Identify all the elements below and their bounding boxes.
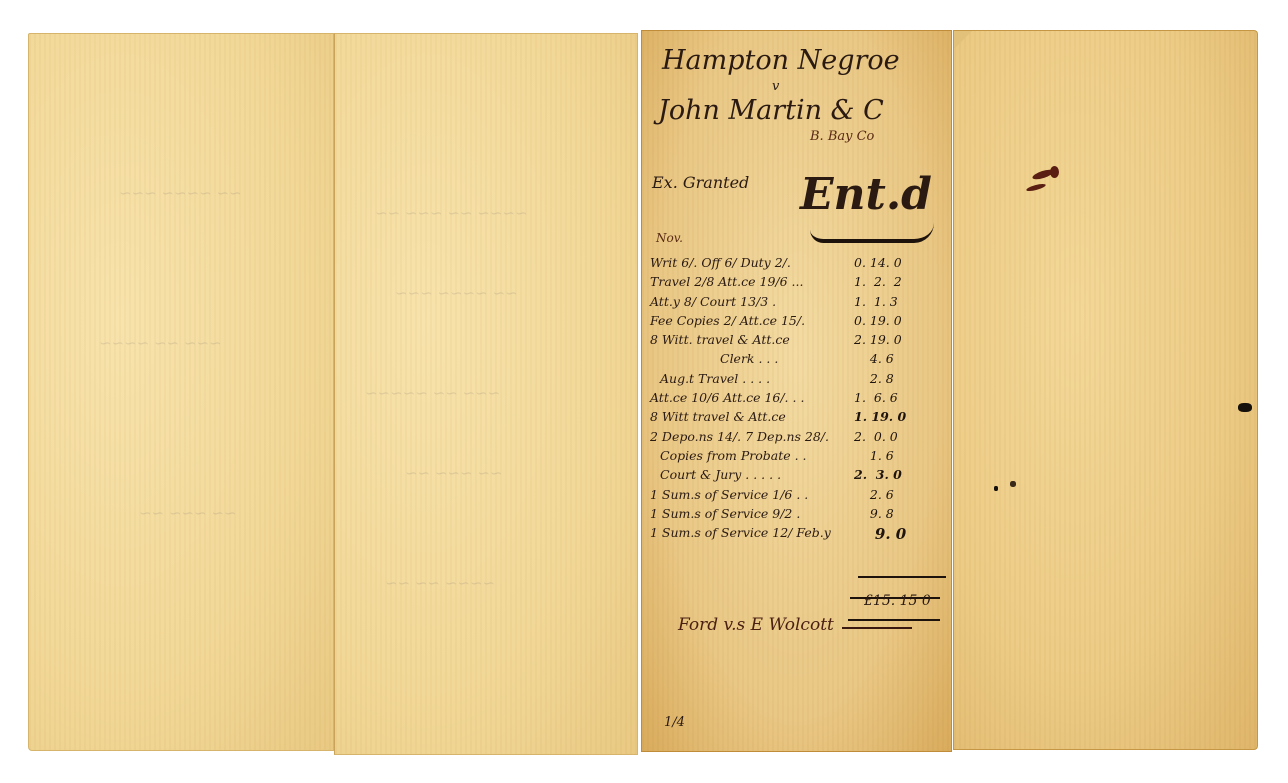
ledger-amount: 2. 19. 0 <box>854 332 902 347</box>
docket-panel: Hampton Negroe v John Martin & C B. Bay … <box>641 30 952 752</box>
bleed-through-text: ~~ ~~~ ~~ <box>405 464 503 482</box>
bleed-through-text: ~~~ ~~ ~~~~ <box>99 334 222 352</box>
flourish-stroke <box>810 223 934 243</box>
case-annotation: B. Bay Co <box>810 129 874 144</box>
ledger-desc: 1 Sum.s of Service 12/ Feb.y <box>650 525 831 540</box>
ledger-row: 8 Witt. travel & Att.ce2. 19. 0 <box>650 332 950 351</box>
ink-speck <box>994 486 998 491</box>
ink-stain <box>1026 182 1047 192</box>
ledger-desc: Copies from Probate . . <box>660 448 807 463</box>
blank-panel-left-inner: ~~~~ ~~ ~~~ ~~ ~~ ~~~~ ~~~ ~~~ ~~ ~~~~~ … <box>334 33 638 755</box>
ledger-amount: 4. 6 <box>854 351 894 366</box>
ledger-amount: 1. 19. 0 <box>854 409 906 424</box>
month-label: Nov. <box>656 231 683 245</box>
execution-note: Ex. Granted <box>652 173 749 192</box>
case-plaintiff: Hampton Negroe <box>662 45 900 76</box>
ledger-row: 2 Depo.ns 14/. 7 Dep.ns 28/.2. 0. 0 <box>650 429 950 448</box>
folio-mark: 1/4 <box>664 715 685 730</box>
ledger-amount: 0. 19. 0 <box>854 313 902 328</box>
case-defendant: John Martin & C <box>658 95 884 126</box>
ledger-total: £15. 15 0 <box>864 593 931 609</box>
ledger-row: 8 Witt travel & Att.ce1. 19. 0 <box>650 409 950 428</box>
ledger-amount: 0. 14. 0 <box>854 255 902 270</box>
ledger-amount: 2. 8 <box>854 371 894 386</box>
bleed-through-text: ~~~~ ~~ ~~ <box>385 574 495 592</box>
ledger-row: 1 Sum.s of Service 12/ Feb.y 9. 0 <box>650 525 950 544</box>
signature-flourish <box>842 627 912 629</box>
folded-corner <box>954 31 972 49</box>
ink-stain <box>1050 166 1059 178</box>
versus-mark: v <box>772 79 779 94</box>
ledger-desc: 2 Depo.ns 14/. 7 Dep.ns 28/. <box>650 429 829 444</box>
ledger-desc: 1 Sum.s of Service 1/6 . . <box>650 487 808 502</box>
ledger-desc: Aug.t Travel . . . . <box>660 371 770 386</box>
signature: Ford v.s E Wolcott <box>678 615 834 635</box>
ledger-desc: Att.ce 10/6 Att.ce 16/. . . <box>650 390 804 405</box>
ledger-row: Travel 2/8 Att.ce 19/6 ...1. 2. 2 <box>650 274 950 293</box>
total-underline <box>848 619 940 621</box>
entered-stamp: Ent.d <box>800 169 932 220</box>
ledger-amount: 1. 6 <box>854 448 894 463</box>
ledger-row: 1 Sum.s of Service 1/6 . . 2. 6 <box>650 487 950 506</box>
ledger-row: 1 Sum.s of Service 9/2 . 9. 8 <box>650 506 950 525</box>
ledger-row: Aug.t Travel . . . . 2. 8 <box>650 371 950 390</box>
ledger-row: Clerk . . . 4. 6 <box>650 351 950 370</box>
ledger-amount: 1. 1. 3 <box>854 294 898 309</box>
ledger-desc: 8 Witt. travel & Att.ce <box>650 332 790 347</box>
ledger-row: Att.y 8/ Court 13/3 .1. 1. 3 <box>650 294 950 313</box>
ledger-desc: Fee Copies 2/ Att.ce 15/. <box>650 313 805 328</box>
ledger-desc: Clerk . . . <box>720 351 778 366</box>
ledger-row: Fee Copies 2/ Att.ce 15/.0. 19. 0 <box>650 313 950 332</box>
bleed-through-text: ~~~ ~~ ~~~~~ <box>365 384 500 402</box>
sum-rule <box>858 576 946 578</box>
bleed-through-text: ~~~~ ~~ ~~~ ~~ <box>375 204 528 222</box>
ledger-desc: 8 Witt travel & Att.ce <box>650 409 786 424</box>
ink-speck <box>1010 481 1016 487</box>
ledger-amount: 2. 6 <box>854 487 894 502</box>
ledger-amount: 2. 0. 0 <box>854 429 898 444</box>
ledger-row: Copies from Probate . . 1. 6 <box>650 448 950 467</box>
ledger-desc: Travel 2/8 Att.ce 19/6 ... <box>650 274 803 289</box>
ledger-amount: 2. 3. 0 <box>854 467 902 482</box>
blank-panel-left-outer: ~~ ~~~~ ~~~ ~~~ ~~ ~~~~ ~~ ~~~ ~~ <box>28 33 334 751</box>
ledger-row: Writ 6/. Off 6/ Duty 2/.0. 14. 0 <box>650 255 950 274</box>
ledger-amount: 9. 8 <box>854 506 894 521</box>
ledger-desc: 1 Sum.s of Service 9/2 . <box>650 506 800 521</box>
ledger-desc: Court & Jury . . . . . <box>660 467 781 482</box>
bleed-through-text: ~~ ~~~~ ~~~ <box>119 184 242 202</box>
bleed-through-text: ~~ ~~~~ ~~~ <box>395 284 518 302</box>
ledger-desc: Writ 6/. Off 6/ Duty 2/. <box>650 255 791 270</box>
blank-panel-right <box>953 30 1258 750</box>
ink-blot <box>1238 403 1252 412</box>
ledger-desc: Att.y 8/ Court 13/3 . <box>650 294 776 309</box>
ledger-amount: 9. 0 <box>854 525 906 543</box>
ledger-row: Court & Jury . . . . .2. 3. 0 <box>650 467 950 486</box>
ledger-amount: 1. 2. 2 <box>854 274 902 289</box>
ledger-row: Att.ce 10/6 Att.ce 16/. . .1. 6. 6 <box>650 390 950 409</box>
bleed-through-text: ~~ ~~~ ~~ <box>139 504 237 522</box>
fee-ledger: Writ 6/. Off 6/ Duty 2/.0. 14. 0 Travel … <box>650 255 950 544</box>
ledger-amount: 1. 6. 6 <box>854 390 898 405</box>
